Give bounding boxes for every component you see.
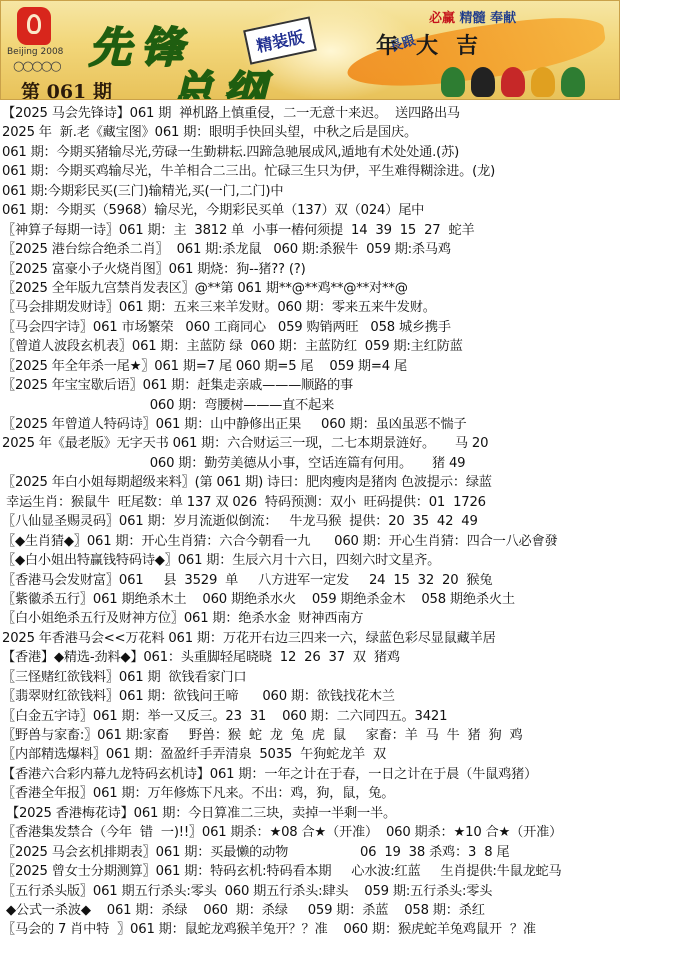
text-line: 060 期：勤劳美德从小事，空话连篇有何用。 猪 49 (0, 454, 688, 473)
text-line: 〖白金五字诗〗061 期：举一又反三。23 31 060 期：二六同四五。342… (0, 707, 688, 726)
text-line: 〖2025 年全年杀一尾★〗061 期=7 尾 060 期=5 尾 059 期=… (0, 357, 688, 376)
text-line: 〖内部精选爆料〗061 期：盈盈纤手弄清泉 5035 午狗蛇龙羊 双 (0, 745, 688, 764)
mascot-icon (531, 67, 555, 97)
text-line: 2025 年《最老版》无字天书 061 期：六合财运三一现，二七本期景涟好。 马… (0, 434, 688, 453)
text-line: 〖紫徽杀五行〗061 期绝杀木土 060 期绝杀水火 059 期绝杀金木 058… (0, 590, 688, 609)
text-line: 〖◆生肖猜◆〗061 期：开心生肖猜：六合今朝看一九 060 期：开心生肖猜：四… (0, 532, 688, 551)
text-line: 〖◆白小姐出特赢钱特码诗◆〗061 期：生辰六月十六日，四刻六时文星齐。 (0, 551, 688, 570)
text-line: 〖白小姐绝杀五行及财神方位〗061 期：绝杀水金 财神西南方 (0, 609, 688, 628)
header-banner: Beijing 2008 ○○○○○ 第 061 期 先锋 总纲 精装版 長跟 … (0, 0, 620, 100)
text-line: 〖2025 曾女士分期测算〗061 期：特码玄机:特码看本期 心水波:红蓝 生肖… (0, 862, 688, 881)
slogan-red: 必赢 (429, 11, 455, 26)
text-line: 〖三怪赌红欲钱料〗061 期 欲钱看家门口 (0, 668, 688, 687)
mascots-group (441, 67, 585, 97)
text-line: 〖马会的 7 肖中特 〗061 期：鼠蛇龙鸡猴羊兔开？？准 060 期：猴虎蛇羊… (0, 920, 688, 939)
slogan: 必赢 精髓 奉献 (429, 7, 516, 26)
text-line: 〖2025 年白小姐每期超级来料〗(第 061 期) 诗曰：肥肉瘦肉是猪肉 色波… (0, 473, 688, 492)
text-line: 幸运生肖：猴鼠牛 旺尾数：单 137 双 026 特码预测：双小 旺码提供：01… (0, 493, 688, 512)
text-line: 【香港】◆精选-劲料◆】061：头重脚轻尾晓晓 12 26 37 双 猪鸡 (0, 648, 688, 667)
text-line: 061 期：今期买猪输尽光,劳碌一生勤耕耘.四蹄急驰展成风,遁地有术处处通.(苏… (0, 143, 688, 162)
text-line: 〖2025 富豪小子火烧肖图〗061 期烧：狗--猪?? (?) (0, 260, 688, 279)
olympic-text: Beijing 2008 (7, 47, 63, 57)
mascot-icon (441, 67, 465, 97)
text-line: 〖2025 年曾道人特码诗〗061 期：山中静修出正果 060 期：虽凶虽恶不惴… (0, 415, 688, 434)
text-line: 〖马会排期发财诗〗061 期：五来三来羊发财。060 期：零来五来牛发财。 (0, 298, 688, 317)
text-line: 【香港六合彩内幕九龙特码玄机诗】061 期：一年之计在于春，一日之计在于晨（牛鼠… (0, 765, 688, 784)
text-line: 〖马会四字诗〗061 市场繁荣 060 工商同心 059 购销两旺 058 城乡… (0, 318, 688, 337)
text-line: 061 期：今期买（5968）输尽光，今期彩民买单（137）双（024）尾中 (0, 201, 688, 220)
text-line: 2025 年香港马会<<万花料 061 期：万花开右边三四来一六，绿蓝色彩尽显鼠… (0, 629, 688, 648)
text-line: 〖2025 港台综合绝杀二肖〗 061 期:杀龙鼠 060 期:杀猴牛 059 … (0, 240, 688, 259)
content-list: 【2025 马会先锋诗】061 期 禅机路上慎重侵，二一无意十来迟。 送四路出马… (0, 104, 688, 940)
text-line: 〖2025 马会玄机排期表〗061 期：买最懒的动物 06 19 38 杀鸡：3… (0, 843, 688, 862)
mascot-icon (501, 67, 525, 97)
text-line: 2025 年 新.老《藏宝图》061 期：眼明手快回头望，中秋之后是国庆。 (0, 123, 688, 142)
olympic-rings-icon: ○○○○○ (13, 59, 60, 74)
text-line: 061 期:今期彩民买(三门)输精光,买(一门,二门)中 (0, 182, 688, 201)
issue-number: 第 061 期 (21, 77, 112, 100)
mascot-icon (561, 67, 585, 97)
text-line: 【2025 马会先锋诗】061 期 禅机路上慎重侵，二一无意十来迟。 送四路出马 (0, 104, 688, 123)
new-year-text: 年大吉 (376, 29, 496, 60)
text-line: 〖香港全年报〗061 期：万年修炼下凡来。不出：鸡，狗，鼠，兔。 (0, 784, 688, 803)
text-line: 〖曾道人波段玄机表〗061 期：主蓝防 绿 060 期：主蓝防红 059 期:主… (0, 337, 688, 356)
text-line: 【2025 香港梅花诗】061 期：今日算准二三块，卖掉一半剩一半。 (0, 804, 688, 823)
text-line: 〖2025 年宝宝歇后语〗061 期：赶集走亲戚———顺路的事 (0, 376, 688, 395)
text-line: 〖野兽与家畜:〗061 期:家畜 野兽：猴 蛇 龙 兔 虎 鼠 家畜：羊 马 牛… (0, 726, 688, 745)
text-line: 〖2025 全年版九宫禁肖发表区〗@**第 061 期**@**鸡**@**对*… (0, 279, 688, 298)
text-line: 〖神算子每期一诗〗061 期：主 3812 单 小事一樁何须提 14 39 15… (0, 221, 688, 240)
text-line: 061 期：今期买鸡输尽光，牛羊相合二三出。忙碌三生只为伊，平生难得糊涂进。(龙… (0, 162, 688, 181)
beijing-olympics-logo-icon (17, 7, 51, 45)
mascot-icon (471, 67, 495, 97)
text-line: 〖香港马会发财富〗061 县 3529 单 八方进军一定发 24 15 32 2… (0, 571, 688, 590)
title-line-2: 总纲 (171, 59, 275, 100)
text-line: 〖五行杀头版〗061 期五行杀头:零头 060 期五行杀头:肆头 059 期:五… (0, 882, 688, 901)
text-line: 〖八仙显圣赐灵码〗061 期：岁月流逝似倒流： 牛龙马猴 提供：20 35 42… (0, 512, 688, 531)
text-line: ◆公式一杀波◆ 061 期：杀绿 060 期：杀绿 059 期：杀蓝 058 期… (0, 901, 688, 920)
text-line: 060 期：弯腰树———直不起来 (0, 396, 688, 415)
slogan-blue: 精髓 奉献 (455, 11, 516, 26)
text-line: 〖香港集发禁合（今年 错 一)!!〗061 期杀：★08 合★（开准） 060 … (0, 823, 688, 842)
text-line: 〖翡翠财红欲钱料〗061 期：欲钱问王啼 060 期：欲钱找花木兰 (0, 687, 688, 706)
